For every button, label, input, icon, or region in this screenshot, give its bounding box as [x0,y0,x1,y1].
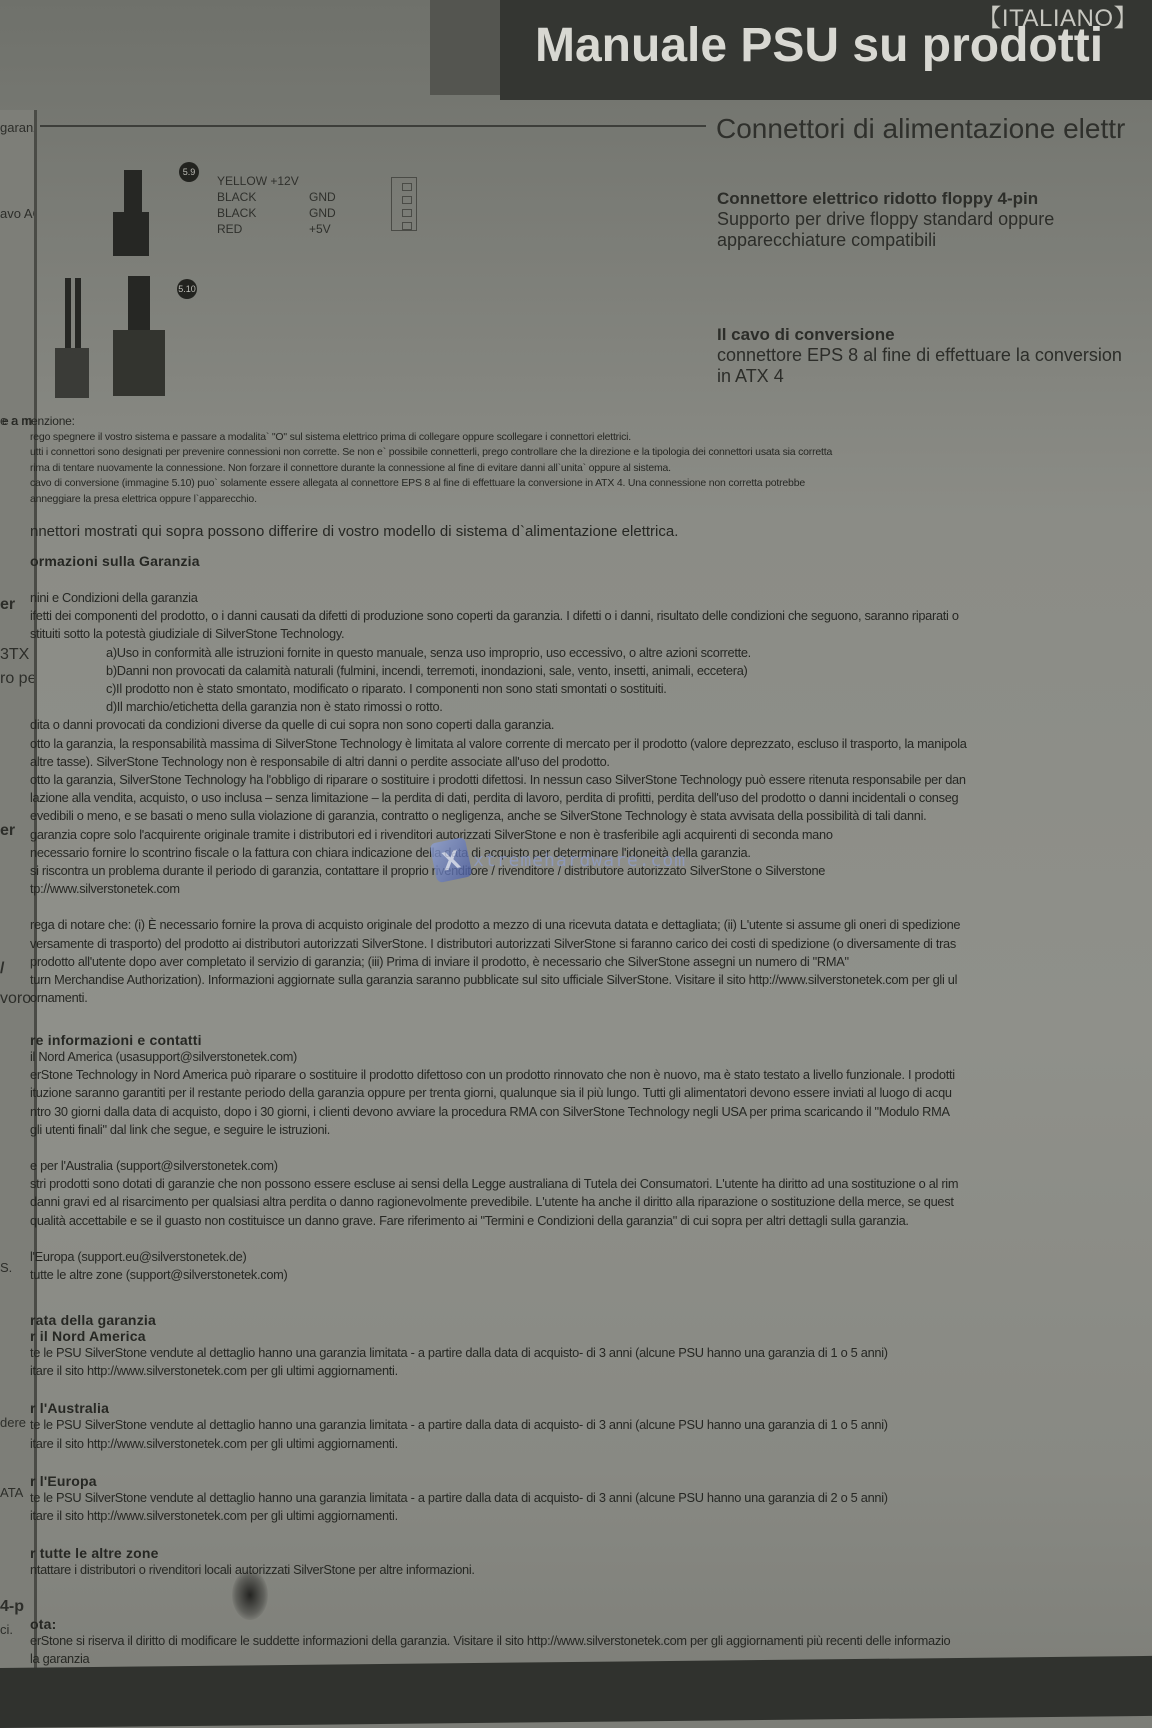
contacts-section: re informazioni e contatti il Nord Ameri… [30,1032,1152,1284]
section-rule [40,125,706,127]
contact-north-america: il Nord America (usasupport@silverstonet… [30,1048,1152,1066]
figure-badge-5-9: 5.9 [179,162,199,182]
pin-wire-color: BLACK [217,205,309,221]
warranty-line: otto la garanzia, SilverStone Technology… [30,771,1152,789]
contact-line: ntro 30 giorni dalla data di acquisto, d… [30,1103,1152,1121]
region-line: te le PSU SilverStone vendute al dettagl… [30,1344,1152,1362]
connector-note: nnettori mostrati qui sopra possono diff… [30,523,1152,540]
notice-line: prodotto all'utente dopo aver completato… [30,953,1152,971]
terms-heading: nini e Condizioni della garanzia [30,589,1152,607]
region-line: itare il sito http://www.silverstonetek.… [30,1435,1152,1453]
connector-desc: in ATX 4 [717,366,1122,387]
left-fragment: garanz [0,120,37,135]
connector-description-conversion: Il cavo di conversione connettore EPS 8 … [717,325,1122,387]
floppy-connector-cable-image [124,170,142,214]
caution-line: rima di tentare nuovamente la connession… [30,461,1152,477]
condition-item: a)Uso in conformità alle istruzioni forn… [30,644,1152,662]
atx4-cable-wire-image [75,278,81,350]
left-fragment: er [0,596,15,614]
region-line: te le PSU SilverStone vendute al dettagl… [30,1489,1152,1507]
contact-australia: e per l'Australia (support@silverstonete… [30,1157,1152,1175]
region-heading: r il Nord America [30,1328,1152,1344]
pin-wire-color: RED [217,221,309,237]
left-fragment: / [0,960,4,978]
notice-line: versamente di trasporto) del prodotto ai… [30,935,1152,953]
warranty-heading: ormazioni sulla Garanzia [30,553,1152,569]
manual-page: 【ITALIANO】 Manuale PSU su prodotti garan… [0,0,1152,1728]
pinout-row: RED+5V [217,221,336,237]
pinout-row: BLACKGND [217,205,336,221]
contact-line: ituzione saranno garantiti per il restan… [30,1084,1152,1102]
watermark-text: xtremehardware.com [473,850,686,871]
warranty-link: tp://www.silverstonetek.com [30,880,1152,898]
left-fragment: voro [0,990,31,1008]
contacts-heading: re informazioni e contatti [30,1032,1152,1048]
left-fragment: avo AC [0,206,37,221]
header-band-edge [430,0,510,95]
duration-section: rata della garanzia r il Nord America te… [30,1312,1152,1579]
bottom-shadow [0,1656,1152,1728]
section-title: Connettori di alimentazione elettr [716,113,1125,145]
left-fragment: ci. [0,1622,13,1637]
pin-signal: +5V [309,221,331,237]
contact-line: gli utenti finali" dal link che segue, e… [30,1121,1152,1139]
contact-other: tutte le altre zone (support@silverstone… [30,1266,1152,1284]
region-line: itare il sito http://www.silverstonetek.… [30,1362,1152,1380]
connector-desc: Supporto per drive floppy standard oppur… [717,209,1054,230]
region-heading: r l'Europa [30,1473,1152,1489]
warranty-section: ormazioni sulla Garanzia nini e Condizio… [30,553,1152,1007]
connector-description-floppy: Connettore elettrico ridotto floppy 4-pi… [717,189,1054,251]
contact-line: stri prodotti sono dotati di garanzie ch… [30,1175,1152,1193]
terms-line: stituiti sotto la potestà giudiziale di … [30,625,1152,643]
footer-note-line: erStone si riserva il diritto di modific… [30,1632,1152,1650]
warranty-line: lazione alla vendita, acquisto, o uso in… [30,789,1152,807]
contact-line: qualità accettabile e se il guasto non c… [30,1212,1152,1230]
connector-title: Il cavo di conversione [717,325,1122,345]
watermark-logo-icon: X [429,837,473,884]
caution-section: e a menzione: rego spegnere il vostro si… [30,414,1152,507]
connector-title: Connettore elettrico ridotto floppy 4-pi… [717,189,1054,209]
caution-line: utti i connettori sono designati per pre… [30,445,1152,461]
left-fragment: er [0,822,15,840]
region-line: itare il sito http://www.silverstonetek.… [30,1507,1152,1525]
region-line: ntattare i distributori o rivenditori lo… [30,1561,1152,1579]
region-heading: r l'Australia [30,1400,1152,1416]
floppy-connector-plug-image [113,212,149,256]
contact-europe: l'Europa (support.eu@silverstonetek.de) [30,1248,1152,1266]
connector-desc: apparecchiature compatibili [717,230,1054,251]
pin-signal: GND [309,205,336,221]
duration-heading: rata della garanzia [30,1312,1152,1328]
eps8-plug-image [113,330,165,396]
warranty-line: otto la garanzia, la responsabilità mass… [30,735,1152,753]
caution-line: cavo di conversione (immagine 5.10) puo`… [30,476,1152,492]
warranty-line: dita o danni provocati da condizioni div… [30,716,1152,734]
connector-desc: connettore EPS 8 al fine di effettuare l… [717,345,1122,366]
region-line: te le PSU SilverStone vendute al dettagl… [30,1416,1152,1434]
caution-line: rego spegnere il vostro sistema e passar… [30,430,1152,446]
connector-pin-diagram-icon [391,177,417,231]
notice-line: turn Merchandise Authorization). Informa… [30,971,1152,989]
atx4-cable-wire-image [65,278,71,350]
pin-wire-color: BLACK [217,189,309,205]
pinout-row: BLACKGND [217,189,336,205]
caution-heading: e a menzione: [2,414,1152,430]
region-heading: r tutte le altre zone [30,1545,1152,1561]
left-fragment: ATA [0,1485,23,1500]
pin-wire-color: YELLOW +12V [217,173,309,189]
notice-line: rega di notare che: (i) È necessario for… [30,916,1152,934]
pinout-row: YELLOW +12V [217,173,336,189]
page-title: Manuale PSU su prodotti [535,18,1103,73]
pin-signal: GND [309,189,336,205]
caution-line: anneggiare la presa elettrica oppure l`a… [30,492,1152,508]
condition-item: c)Il prodotto non è stato smontato, modi… [30,680,1152,698]
watermark: X xtremehardware.com [433,840,686,880]
condition-item: b)Danni non provocati da calamità natura… [30,662,1152,680]
figure-badge-5-10: 5.10 [177,279,197,299]
contact-line: danni gravi ed al risarcimento per quals… [30,1193,1152,1211]
terms-line: ifetti dei componenti del prodotto, o i … [30,607,1152,625]
fingerprint-smudge [232,1570,268,1620]
floppy-pinout-table: YELLOW +12V BLACKGND BLACKGND RED+5V [217,173,336,237]
eps8-cable-image [128,276,150,336]
warranty-line: evedibili o meno, e se basati o meno sul… [30,807,1152,825]
notice-line: ornamenti. [30,989,1152,1007]
left-fragment: S. [0,1260,12,1275]
left-fragment: dere [0,1415,26,1430]
atx4-plug-image [55,348,89,398]
condition-item: d)Il marchio/etichetta della garanzia no… [30,698,1152,716]
footer-note-heading: ota: [30,1616,1152,1632]
warranty-line: altre tasse). SilverStone Technology non… [30,753,1152,771]
contact-line: erStone Technology in Nord America può r… [30,1066,1152,1084]
left-fragment: 4-p [0,1598,24,1616]
